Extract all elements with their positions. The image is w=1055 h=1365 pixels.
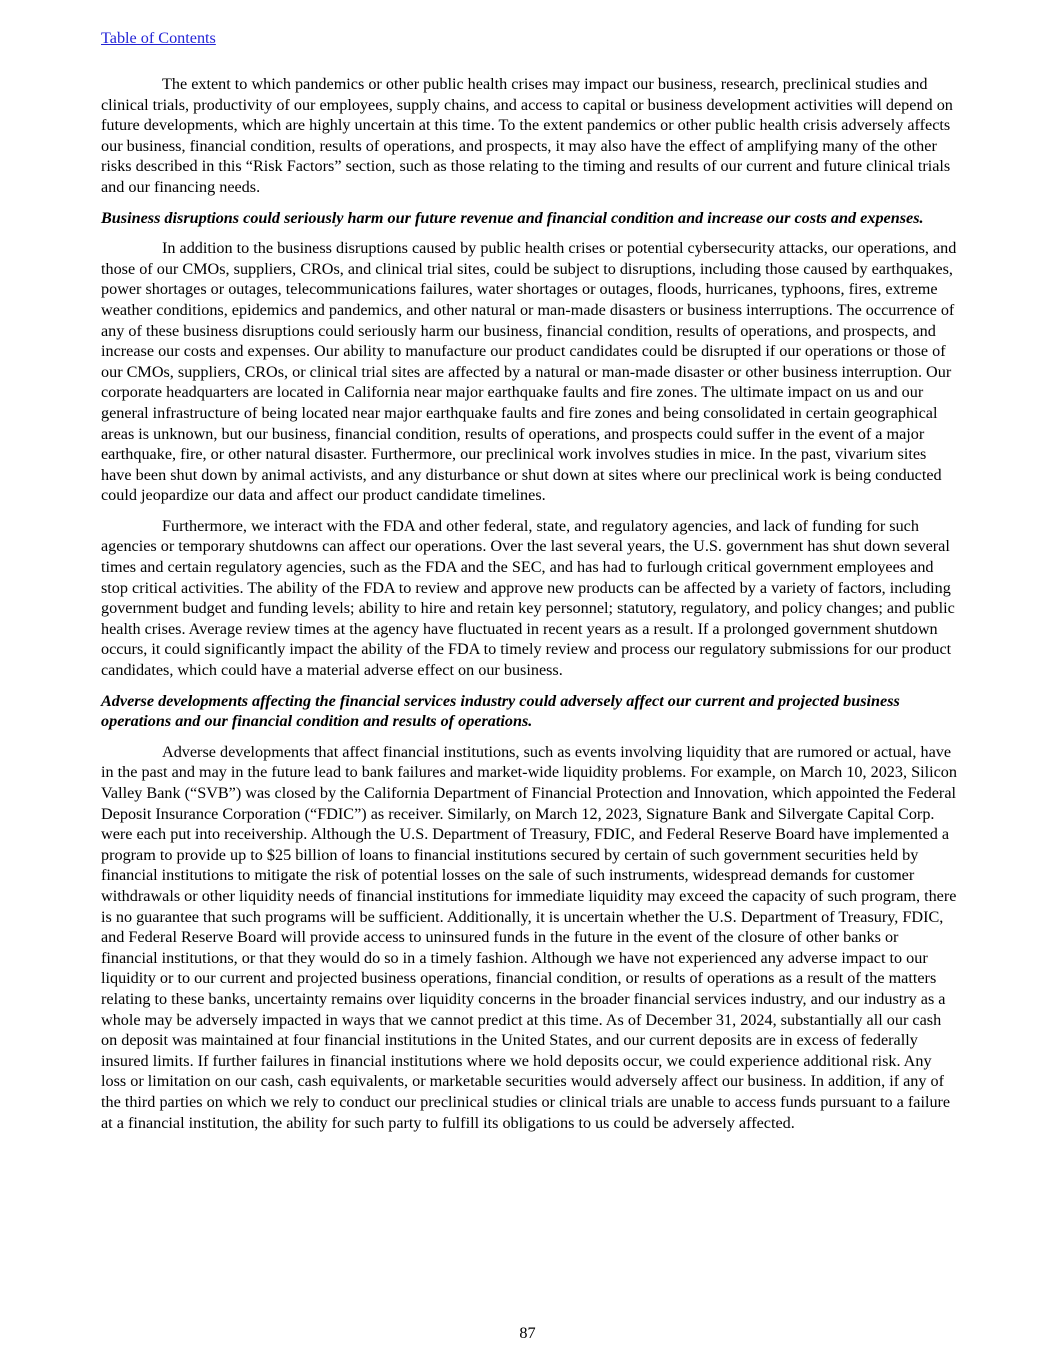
paragraph-financial-institutions: Adverse developments that affect financi… [101, 742, 957, 1133]
document-body: The extent to which pandemics or other p… [101, 74, 957, 1143]
heading-business-disruptions: Business disruptions could seriously har… [101, 208, 957, 229]
paragraph-business-disruptions: In addition to the business disruptions … [101, 238, 957, 506]
paragraph-fda-shutdowns: Furthermore, we interact with the FDA an… [101, 516, 957, 681]
page-number: 87 [0, 1323, 1055, 1343]
paragraph-pandemic-impact: The extent to which pandemics or other p… [101, 74, 957, 198]
table-of-contents-link[interactable]: Table of Contents [101, 28, 216, 48]
heading-financial-services: Adverse developments affecting the finan… [101, 691, 957, 732]
